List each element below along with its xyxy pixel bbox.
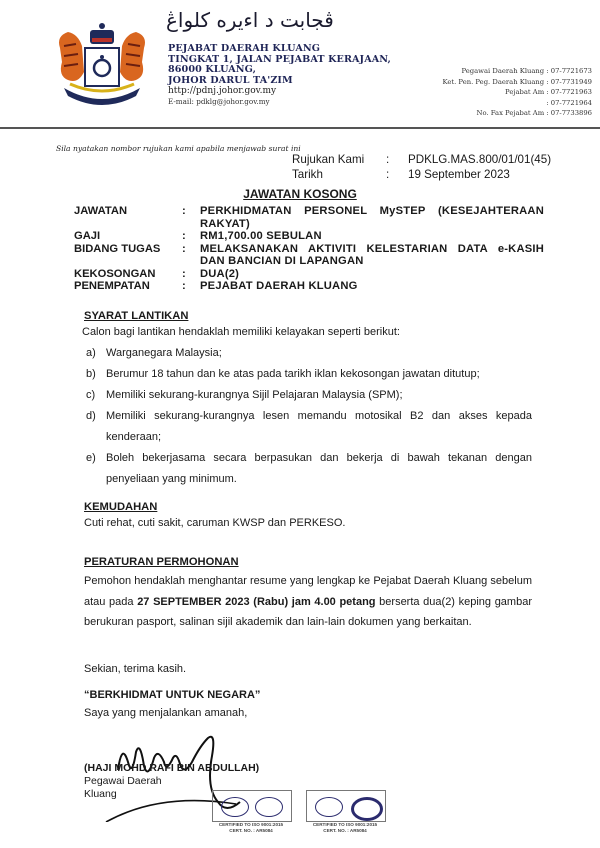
cert-caption: CERTIFIED TO ISO 9001:2015CERT. NO. : AR… bbox=[206, 822, 296, 834]
date-row: Tarikh : 19 September 2023 bbox=[292, 167, 551, 182]
reference-block: Rujukan Kami : PDKLG.MAS.800/01/01(45) T… bbox=[292, 152, 551, 182]
kemudahan-heading: KEMUDAHAN bbox=[84, 501, 532, 513]
peraturan-heading: PERATURAN PERMOHONAN bbox=[84, 556, 532, 568]
kemudahan-section: KEMUDAHAN Cuti rehat, cuti sakit, caruma… bbox=[84, 501, 532, 534]
info-row-penempatan: PENEMPATAN: PEJABAT DAERAH KLUANG bbox=[74, 280, 544, 293]
website-link[interactable]: http://pdnj.johor.gov.my bbox=[168, 86, 391, 97]
contact-row: Pegawai Daerah Kluang : 07-7721673 bbox=[442, 66, 592, 77]
closing-thanks: Sekian, terima kasih. bbox=[84, 662, 260, 676]
iso-certification-badge bbox=[306, 790, 386, 822]
address-line-3: JOHOR DARUL TA'ZIM bbox=[168, 76, 391, 87]
cert-caption: CERTIFIED TO ISO 9001:2015CERT. NO. : AR… bbox=[300, 822, 390, 834]
reference-row: Rujukan Kami : PDKLG.MAS.800/01/01(45) bbox=[292, 152, 551, 167]
syarat-section: SYARAT LANTIKAN Calon bagi lantikan hend… bbox=[84, 310, 532, 490]
letter-date: 19 September 2023 bbox=[408, 167, 510, 182]
list-item: a)Warganegara Malaysia; bbox=[84, 343, 532, 364]
quality-system-icon bbox=[221, 797, 249, 817]
contact-row: Pejabat Am : 07-7721963 bbox=[442, 87, 592, 98]
list-item: c)Memiliki sekurang-kurangnya Sijil Pela… bbox=[84, 385, 532, 406]
syarat-intro: Calon bagi lantikan hendaklah memiliki k… bbox=[82, 322, 532, 343]
reference-number: PDKLG.MAS.800/01/01(45) bbox=[408, 152, 551, 167]
signer-title: Pegawai Daerah bbox=[84, 775, 259, 788]
signer-name: (HAJI MOHD RAFI BIN ABDULLAH) bbox=[84, 762, 259, 775]
closing-block: Sekian, terima kasih. “BERKHIDMAT UNTUK … bbox=[84, 662, 260, 720]
info-row-jawatan: JAWATAN: PERKHIDMATAN PERSONEL MySTEP (K… bbox=[74, 205, 544, 230]
kemudahan-text: Cuti rehat, cuti sakit, caruman KWSP dan… bbox=[84, 513, 532, 534]
contact-row: Ket. Pen. Peg. Daerah Kluang : 07-773194… bbox=[442, 77, 592, 88]
contact-row: No. Fax Pejabat Am : 07-7733896 bbox=[442, 108, 592, 119]
list-item: b)Berumur 18 tahun dan ke atas pada tari… bbox=[84, 364, 532, 385]
page-title: JAWATAN KOSONG bbox=[0, 187, 600, 201]
contact-row: : 07-7721964 bbox=[442, 98, 592, 109]
job-info-table: JAWATAN: PERKHIDMATAN PERSONEL MySTEP (K… bbox=[74, 205, 544, 293]
johor-state-crest-icon bbox=[50, 18, 154, 108]
deadline: 27 SEPTEMBER 2023 (Rabu) jam 4.00 petang bbox=[137, 596, 375, 608]
contact-numbers: Pegawai Daerah Kluang : 07-7721673 Ket. … bbox=[442, 66, 592, 119]
cert-body-icon bbox=[255, 797, 283, 817]
motto: “BERKHIDMAT UNTUK NEGARA” bbox=[84, 688, 260, 702]
list-item: d)Memiliki sekurang-kurangnya lesen mema… bbox=[84, 406, 532, 448]
letterhead-divider bbox=[0, 127, 600, 129]
letterhead-address: PEJABAT DAERAH KLUANG TINGKAT 1, JALAN P… bbox=[168, 44, 391, 107]
jawi-office-name: ڤجابت د اءيره کلواڠ bbox=[166, 8, 334, 32]
email-link[interactable]: E-mail: pdklg@johor.gov.my bbox=[168, 97, 391, 107]
iso-certification-badge bbox=[212, 790, 292, 822]
list-item: e)Boleh bekerjasama secara berpasukan da… bbox=[84, 448, 532, 490]
quality-system-icon bbox=[315, 797, 343, 817]
info-row-bidang-tugas: BIDANG TUGAS: MELAKSANAKAN AKTIVITI KELE… bbox=[74, 243, 544, 268]
peraturan-section: PERATURAN PERMOHONAN Pemohon hendaklah m… bbox=[84, 556, 532, 633]
cert-body-icon bbox=[351, 797, 383, 821]
office-name: PEJABAT DAERAH KLUANG bbox=[168, 44, 391, 55]
info-row-kekosongan: KEKOSONGAN: DUA(2) bbox=[74, 268, 544, 281]
reference-note: Sila nyatakan nombor rujukan kami apabil… bbox=[56, 144, 301, 153]
peraturan-text: Pemohon hendaklah menghantar resume yang… bbox=[84, 571, 532, 633]
amanah-line: Saya yang menjalankan amanah, bbox=[84, 706, 260, 720]
info-row-gaji: GAJI: RM1,700.00 SEBULAN bbox=[74, 230, 544, 243]
syarat-heading: SYARAT LANTIKAN bbox=[84, 310, 532, 322]
